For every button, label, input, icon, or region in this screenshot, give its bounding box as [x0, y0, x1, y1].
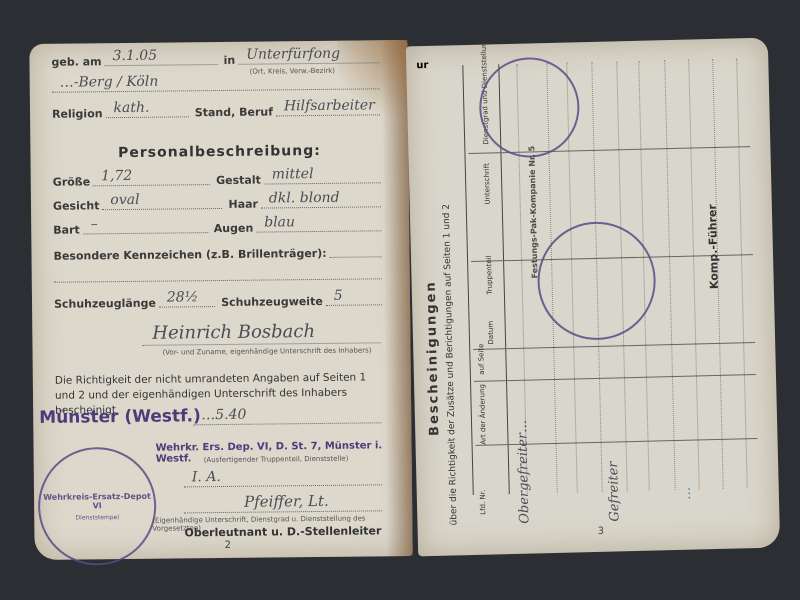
rubber-stamp-top [478, 56, 580, 158]
col-header-page: auf Seite [477, 343, 486, 374]
col-header-unit: Truppenteil [485, 255, 494, 294]
right-heading: Bescheinigungen [424, 280, 443, 436]
birth-row: geb. am 3.1.05 in Unterfürfong [51, 50, 385, 68]
special-marks-line [54, 266, 388, 284]
rubber-stamp-company: Festungs-Pak-Kompanie Nr. 5 [536, 220, 657, 341]
birth-row-2: …-Berg / Köln [52, 76, 386, 94]
row-line [473, 342, 755, 350]
place-date: …5.40 [201, 407, 246, 423]
col-line [736, 58, 748, 488]
left-page: geb. am 3.1.05 in Unterfürfong (Ort, Kre… [29, 40, 412, 560]
right-subheading: über die Richtigkeit der Zusätze und Ber… [442, 204, 460, 526]
round-stamp: Wehrkreis-Ersatz-Depot VI Dienststempel [38, 447, 157, 566]
top-fragment: ur [416, 60, 428, 71]
place-stamp: Münster (Westf.) [39, 406, 201, 428]
entry-2-rank: Komp.-Führer [706, 204, 721, 289]
religion-value: kath. [113, 100, 149, 116]
fields-row-3: Bart – Augen blau [53, 218, 387, 236]
place-note: (Ort, Kreis, Verw.-Bezirk) [250, 67, 335, 76]
page-number: 3 [598, 526, 605, 537]
birth-place: Unterfürfong [246, 46, 340, 63]
fields-row-2: Gesicht oval Haar dkl. blond [53, 194, 387, 212]
col-header-date: Datum [487, 321, 496, 345]
religion-row: Religion kath. Stand, Beruf Hilfsarbeite… [52, 102, 386, 120]
holder-signature: Heinrich Bosbach [152, 321, 315, 344]
unit-caption: (Ausfertigender Truppenteil, Dienststell… [204, 455, 349, 465]
right-page: ur Bescheinigungen über die Richtigkeit … [406, 38, 780, 557]
place-date-line: …5.40 [193, 406, 381, 425]
occupation-value: Hilfsarbeiter [284, 97, 375, 114]
col-header-change: Art der Änderung [478, 384, 487, 445]
entry-3-change: … [679, 487, 694, 500]
entry-1-change: Obergefreiter… [515, 420, 533, 524]
col-border [462, 65, 474, 495]
holder-signature-line: Heinrich Bosbach [142, 322, 380, 345]
col-header-nr: Lfd. Nr. [479, 490, 488, 515]
officer-signature: Pfeiffer, Lt. [244, 492, 329, 511]
special-marks-row: Besondere Kennzeichen (z.B. Brillenträge… [53, 244, 387, 262]
fields-row-1: Größe 1,72 Gestalt mittel [53, 170, 387, 188]
page-number: 2 [225, 540, 231, 551]
row-line [474, 374, 756, 382]
col-header-signature: Unterschrift [483, 163, 492, 205]
ia-line: I. A. [184, 468, 382, 487]
col-line [688, 60, 700, 490]
rank-stamp: Oberleutnant u. D.-Stellenleiter [184, 524, 381, 539]
entry-2-change: Gefreiter [606, 461, 622, 521]
birth-date: 3.1.05 [112, 48, 157, 64]
signature-caption: (Vor- und Zuname, eigenhändige Unterschr… [163, 346, 372, 356]
col-line [664, 60, 676, 490]
section-title: Personalbeschreibung: [30, 142, 408, 162]
shoe-row: Schuhzeuglänge 28½ Schuhzeugweite 5 [54, 292, 388, 310]
officer-signature-line: Pfeiffer, Lt. [184, 492, 382, 513]
